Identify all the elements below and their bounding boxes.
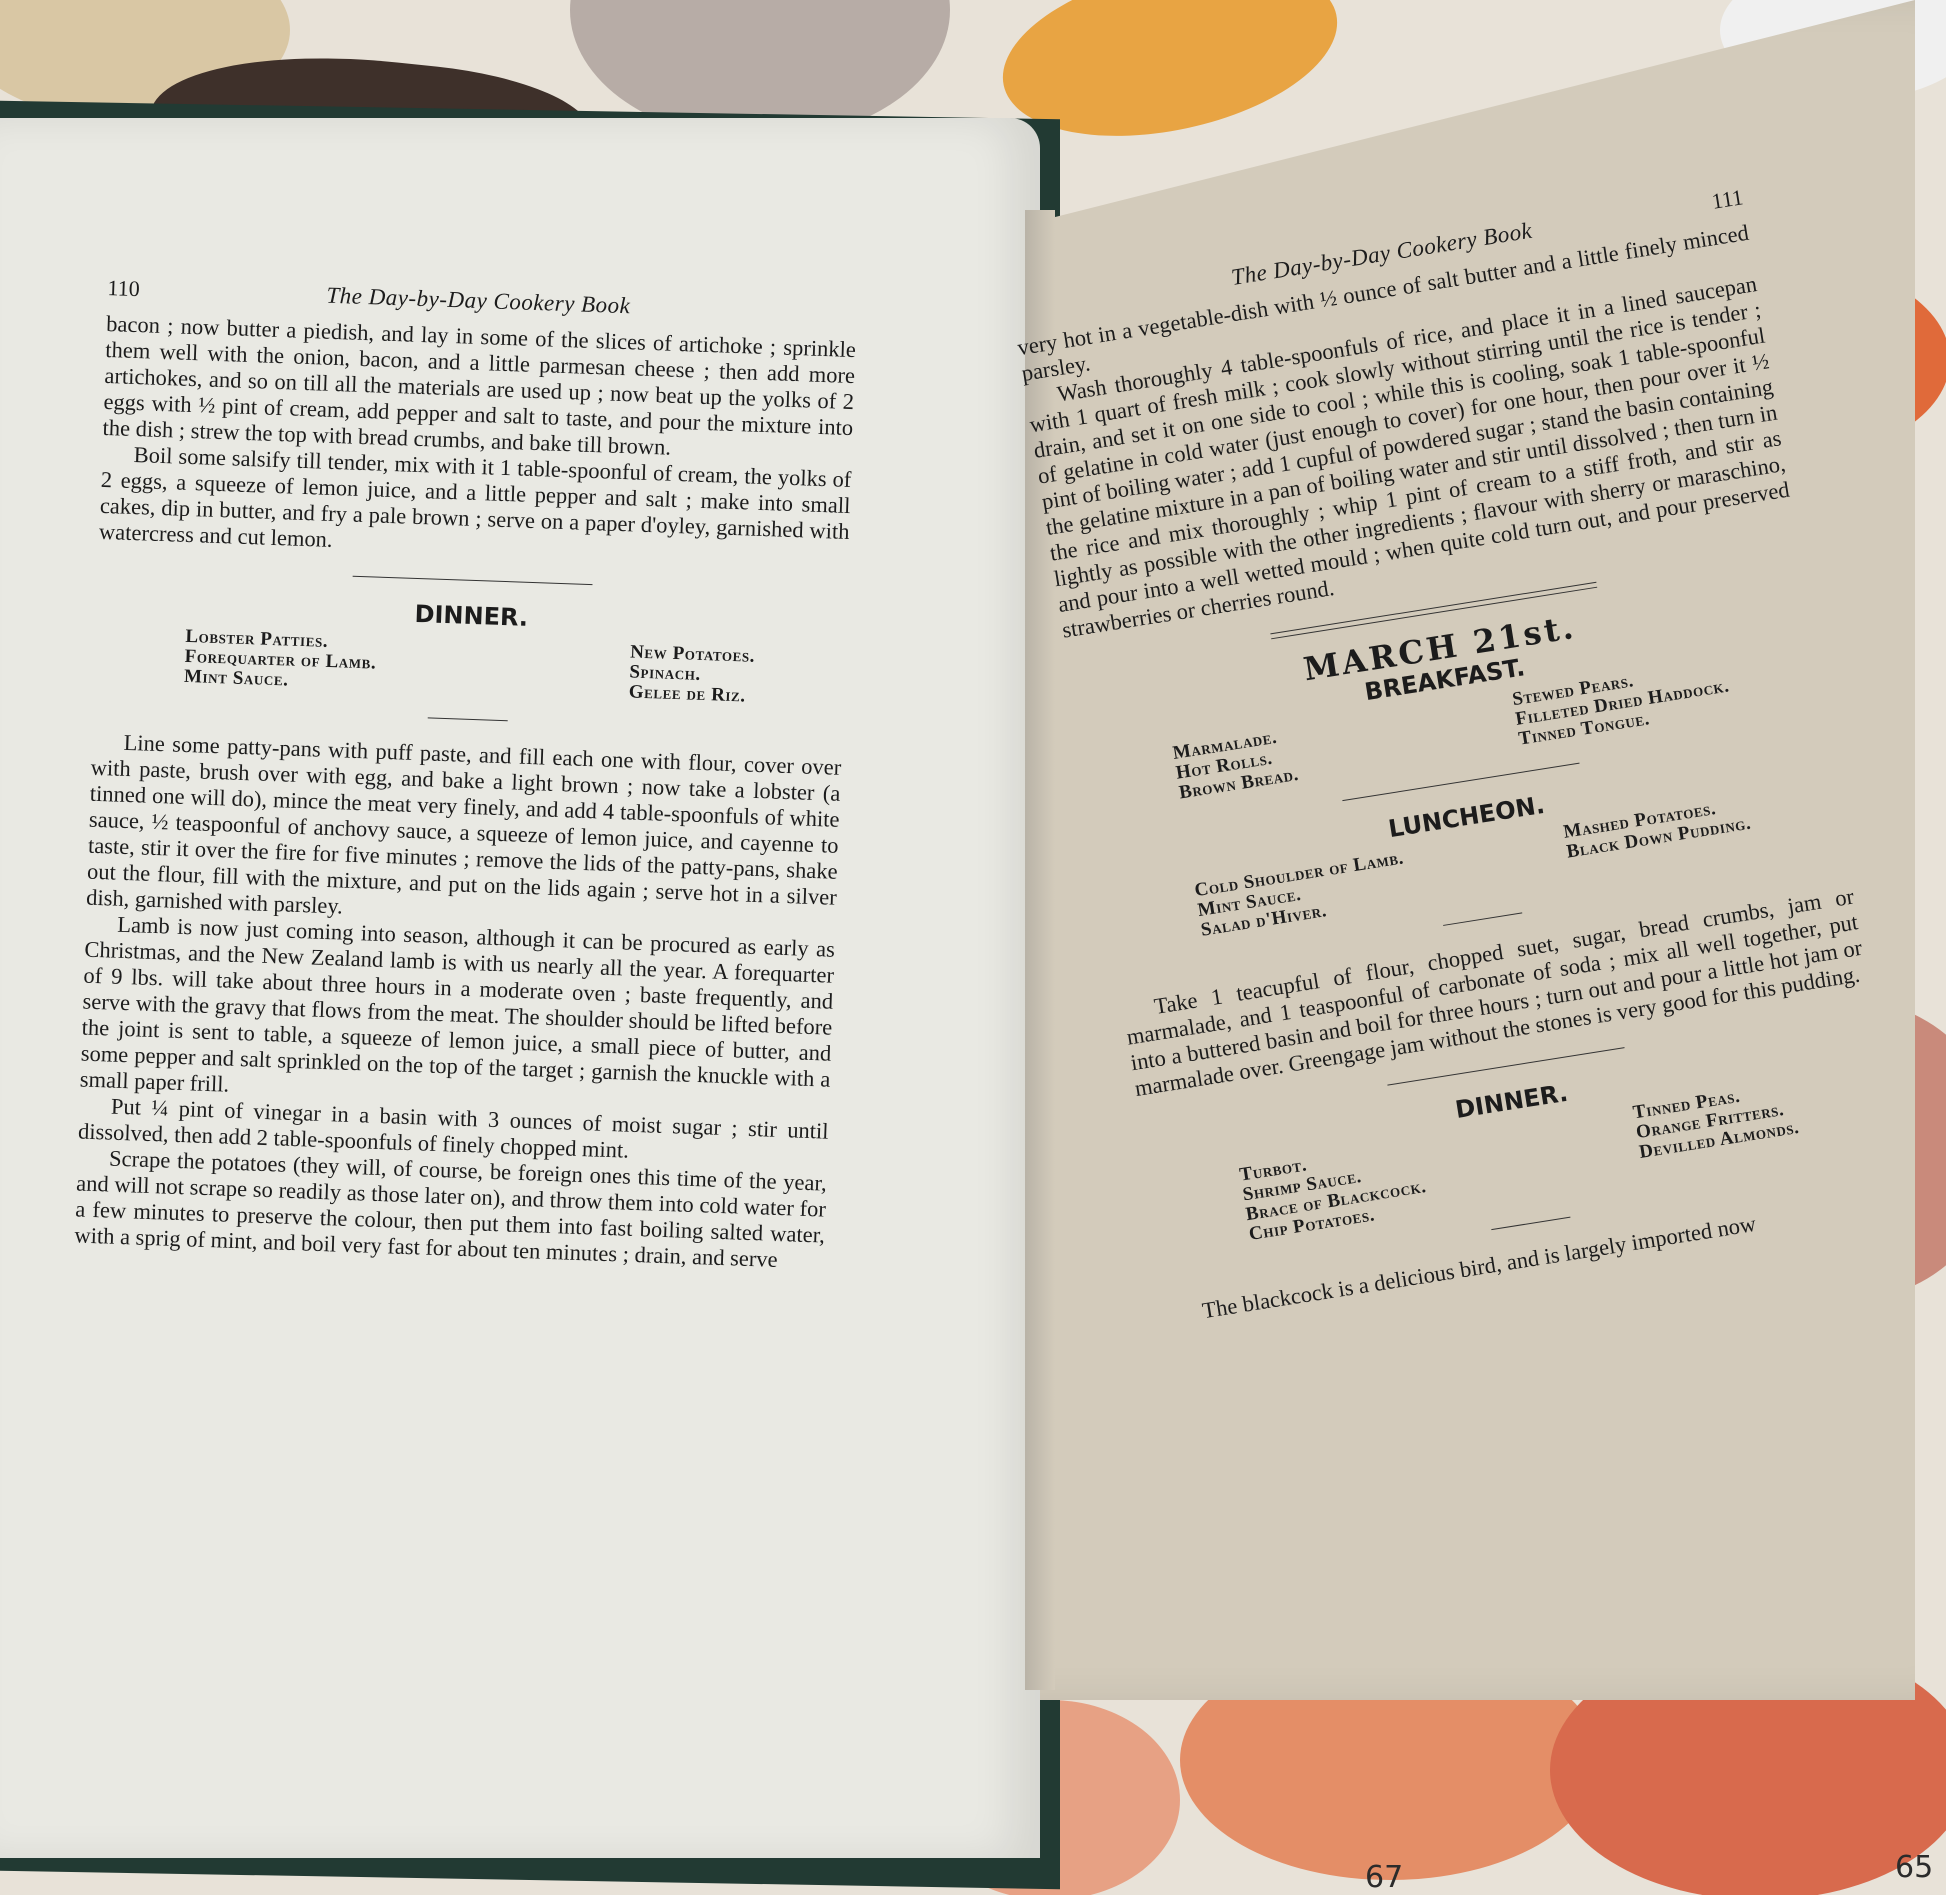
divider <box>1491 1217 1570 1231</box>
paragraph: Line some patty-pans with puff paste, an… <box>86 729 842 937</box>
page-number: 111 <box>1710 184 1745 215</box>
paragraph: Lamb is now just coming into season, alt… <box>79 911 835 1119</box>
divider <box>1443 912 1522 926</box>
menu-item: Gelee de Riz. <box>628 682 754 706</box>
menu-column-left: Lobster Patties. Forequarter of Lamb. Mi… <box>184 627 378 694</box>
page-number: 110 <box>107 275 140 302</box>
poster-number: 67 <box>1365 1860 1403 1895</box>
left-page-text: 110 The Day-by-Day Cookery Book bacon ; … <box>74 275 858 1275</box>
menu-column-left: Marmalade. Hot Rolls. Brown Bread. <box>1171 725 1300 803</box>
paragraph: bacon ; now butter a piedish, and lay in… <box>102 311 856 467</box>
divider <box>353 576 593 585</box>
menu-column-right: New Potatoes. Spinach. Gelee de Riz. <box>628 642 755 706</box>
poster-number: 65 <box>1895 1850 1933 1885</box>
menu-column-left: Turbot. Shrimp Sauce. Brace of Blackcock… <box>1238 1137 1431 1245</box>
menu-column-right: Tinned Peas. Orange Fritters. Devilled A… <box>1632 1078 1804 1182</box>
divider <box>428 717 508 721</box>
